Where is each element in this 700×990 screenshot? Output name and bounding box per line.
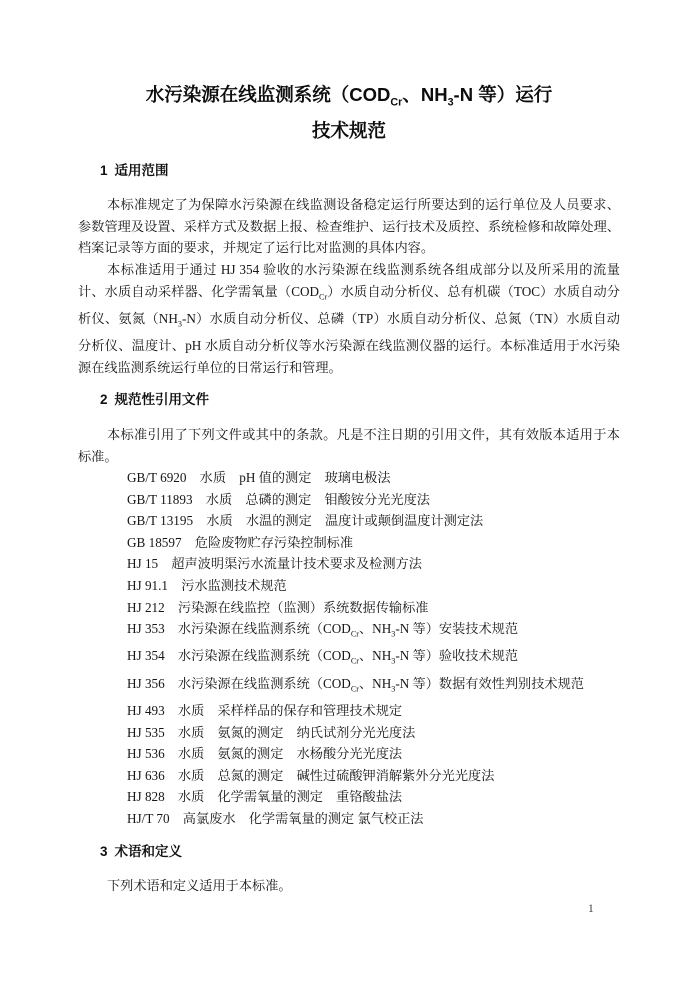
section-number: 3 xyxy=(100,841,108,863)
reference-item: HJ 493 水质 采样样品的保存和管理技术规定 xyxy=(127,700,620,722)
reference-item: GB/T 13195 水质 水温的测定 温度计或颠倒温度计测定法 xyxy=(127,510,620,532)
reference-item: HJ 535 水质 氨氮的测定 纳氏试剂分光光度法 xyxy=(127,722,620,744)
reference-item: HJ 536 水质 氨氮的测定 水杨酸分光光度法 xyxy=(127,743,620,765)
paragraph: 本标准适用于通过 HJ 354 验收的水污染源在线监测系统各组成部分以及所采用的… xyxy=(78,259,620,378)
reference-item: HJ 354 水污染源在线监测系统（CODCr、NH3-N 等）验收技术规范 xyxy=(127,645,620,672)
document-content: 水污染源在线监测系统（CODCr、NH3-N 等）运行 技术规范 1适用范围 本… xyxy=(78,0,620,897)
section-heading-references: 2规范性引用文件 xyxy=(78,389,620,411)
paragraph: 本标准规定了为保障水污染源在线监测设备稳定运行所要达到的运行单位及人员要求、参数… xyxy=(78,194,620,259)
section-number: 1 xyxy=(100,160,108,182)
document-page: 水污染源在线监测系统（CODCr、NH3-N 等）运行 技术规范 1适用范围 本… xyxy=(0,0,700,990)
section-heading-terms: 3术语和定义 xyxy=(78,841,620,863)
reference-item: HJ 828 水质 化学需氧量的测定 重铬酸盐法 xyxy=(127,786,620,808)
document-title: 水污染源在线监测系统（CODCr、NH3-N 等）运行 技术规范 xyxy=(78,81,620,144)
section-scope: 1适用范围 本标准规定了为保障水污染源在线监测设备稳定运行所要达到的运行单位及人… xyxy=(78,160,620,379)
reference-item: HJ 212 污染源在线监控（监测）系统数据传输标准 xyxy=(127,597,620,619)
reference-item: HJ 91.1 污水监测技术规范 xyxy=(127,575,620,597)
reference-item: HJ 356 水污染源在线监测系统（CODCr、NH3-N 等）数据有效性判别技… xyxy=(127,673,620,700)
document-title-line2: 技术规范 xyxy=(78,117,620,144)
section-heading-text: 术语和定义 xyxy=(115,844,183,859)
section-terms-definitions: 3术语和定义 下列术语和定义适用于本标准。 xyxy=(78,841,620,897)
reference-item: HJ/T 70 高氯废水 化学需氧量的测定 氯气校正法 xyxy=(127,808,620,830)
reference-item: HJ 15 超声波明渠污水流量计技术要求及检测方法 xyxy=(127,553,620,575)
document-title-line1: 水污染源在线监测系统（CODCr、NH3-N 等）运行 xyxy=(78,81,620,117)
paragraph: 本标准引用了下列文件或其中的条款。凡是不注日期的引用文件，其有效版本适用于本标准… xyxy=(78,424,620,467)
reference-item: GB 18597 危险废物贮存污染控制标准 xyxy=(127,532,620,554)
paragraph: 下列术语和定义适用于本标准。 xyxy=(78,875,620,897)
section-number: 2 xyxy=(100,389,108,411)
reference-item: HJ 636 水质 总氮的测定 碱性过硫酸钾消解紫外分光光度法 xyxy=(127,765,620,787)
section-normative-references: 2规范性引用文件 本标准引用了下列文件或其中的条款。凡是不注日期的引用文件，其有… xyxy=(78,389,620,829)
reference-item: GB/T 6920 水质 pH 值的测定 玻璃电极法 xyxy=(127,467,620,489)
section-heading-text: 规范性引用文件 xyxy=(115,392,210,407)
section-heading-scope: 1适用范围 xyxy=(78,160,620,182)
reference-item: GB/T 11893 水质 总磷的测定 钼酸铵分光光度法 xyxy=(127,489,620,511)
reference-item: HJ 353 水污染源在线监测系统（CODCr、NH3-N 等）安装技术规范 xyxy=(127,618,620,645)
section-heading-text: 适用范围 xyxy=(115,163,169,178)
page-number: 1 xyxy=(588,903,594,915)
